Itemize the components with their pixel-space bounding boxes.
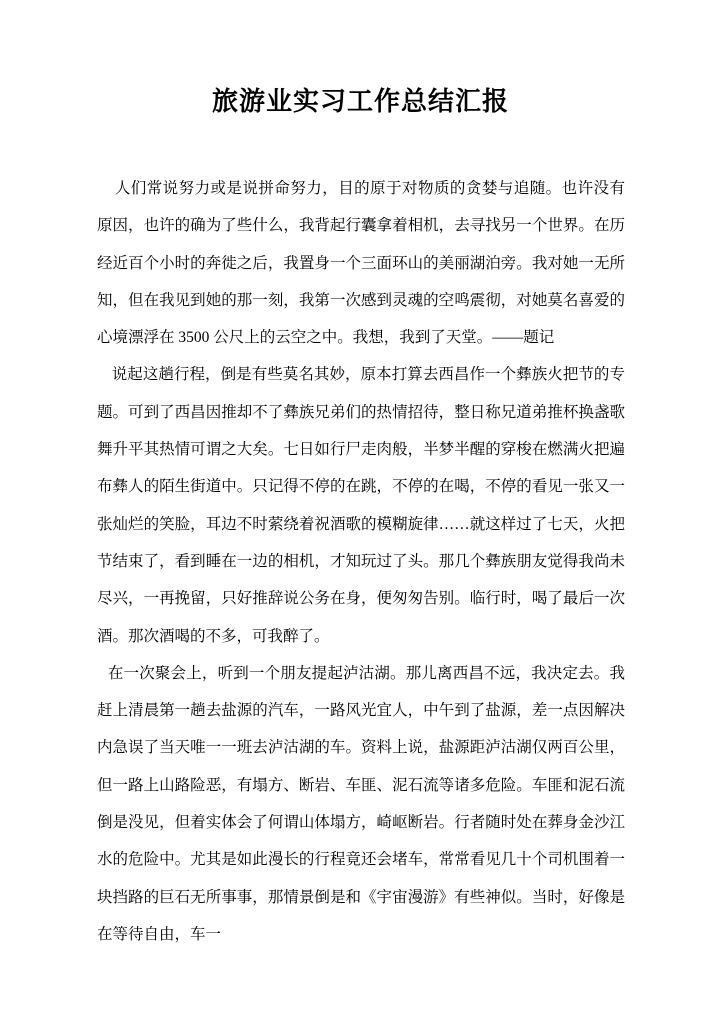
document-body: 人们常说努力或是说拼命努力，目的原于对物质的贪婪与追随。也许没有原因，也许的确为… xyxy=(97,170,625,953)
paragraph-lugu-journey: 在一次聚会上，听到一个朋友提起泸沽湖。那儿离西昌不远，我决定去。我赶上清晨第一趟… xyxy=(97,655,625,953)
document-title: 旅游业实习工作总结汇报 xyxy=(0,84,721,120)
document-page: 旅游业实习工作总结汇报 人们常说努力或是说拼命努力，目的原于对物质的贪婪与追随。… xyxy=(0,0,721,1020)
paragraph-preface: 人们常说努力或是说拼命努力，目的原于对物质的贪婪与追随。也许没有原因，也许的确为… xyxy=(97,170,625,356)
paragraph-trip-origin: 说起这趟行程，倒是有些莫名其妙，原本打算去西昌作一个彝族火把节的专题。可到了西昌… xyxy=(97,356,625,654)
